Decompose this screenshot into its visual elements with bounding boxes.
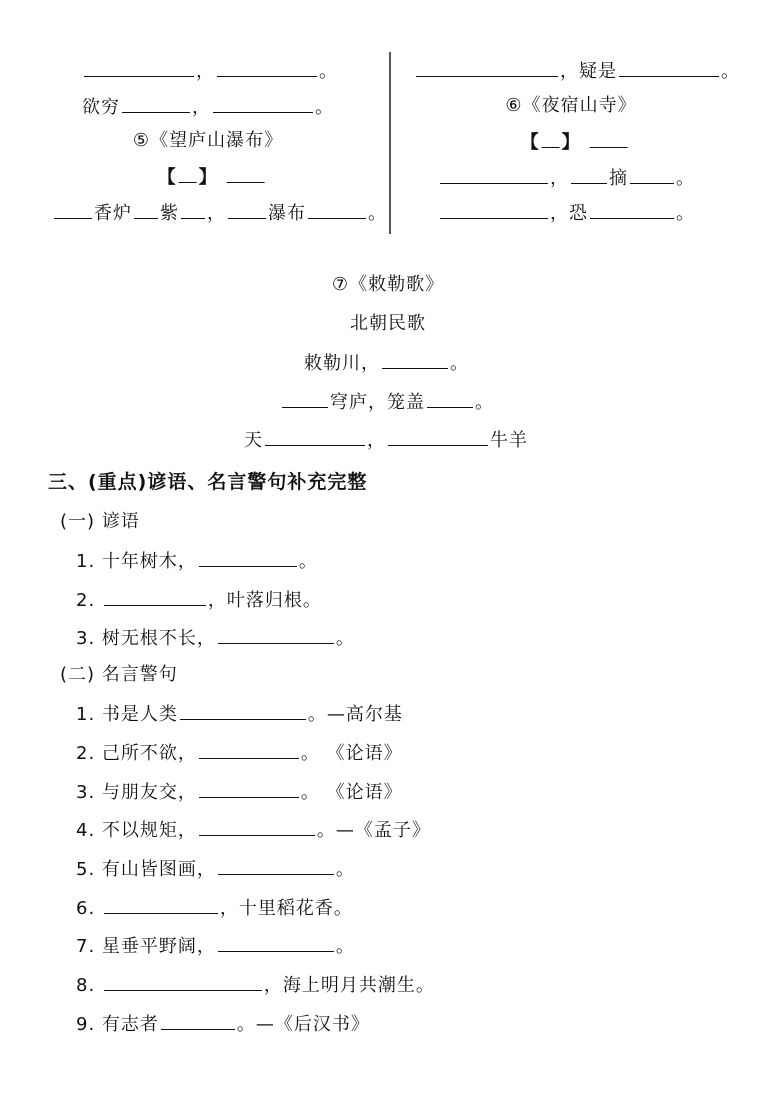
left-line-1: ，。 [82,58,338,84]
poem5-author: 【】 [158,164,267,190]
text: ，十里稻花香。 [220,898,353,919]
text: 有山皆图画， [102,859,216,880]
poem7-line-2: 穹庐，笼盖。 [280,389,494,415]
quote-item-2: 2. 己所不欲，。 《论语》 [76,740,403,766]
text: 书是人类 [102,704,178,725]
blank[interactable] [84,58,194,77]
blank[interactable] [427,389,473,408]
poem6-line-1: ，摘。 [438,165,695,191]
left-line-2: 欲穷，。 [82,94,334,120]
poem7-line-3: 天，牛羊 [244,427,528,453]
poem5-title: ⑤《望庐山瀑布》 [133,129,283,153]
item-number: 2. [76,743,95,764]
poem7-line-1: 敕勒川，。 [304,350,469,376]
blank[interactable] [199,779,299,798]
blank[interactable] [226,164,264,183]
poem7-author: 北朝民歌 [350,312,426,336]
bracket-close: 】 [199,167,218,188]
column-divider [389,52,391,234]
text: 瀑布 [268,203,306,224]
text: 。 《论语》 [301,743,403,764]
proverb-item-3: 3. 树无根不长，。 [76,625,355,651]
blank[interactable] [382,350,448,369]
punct: 。 [319,61,338,82]
blank[interactable] [104,895,218,914]
blank[interactable] [181,200,205,219]
text: ，海上明月共潮生。 [264,975,435,996]
blank[interactable] [104,972,262,991]
blank[interactable] [213,94,313,113]
item-number: 3. [76,628,95,649]
quote-item-6: 6. ，十里稻花香。 [76,895,353,921]
text: 摘 [609,168,628,189]
punct: ， [367,430,386,451]
right-line-1: ，疑是。 [414,58,740,84]
quote-item-7: 7. 星垂平野阔，。 [76,933,355,959]
item-number: 6. [76,898,95,919]
blank[interactable] [440,200,548,219]
text: 己所不欲， [102,743,197,764]
proverb-item-2: 2. ，叶落归根。 [76,587,322,613]
text: 紫 [160,203,179,224]
poem6-line-2: ，恐。 [438,200,695,226]
quote-item-4: 4. 不以规矩，。—《孟子》 [76,817,431,843]
item-number: 4. [76,820,95,841]
text: 穹庐，笼盖 [330,392,425,413]
punct: 。 [315,97,334,118]
item-number: 9. [76,1014,95,1035]
text: 欲穷 [82,97,120,118]
punct: 。 [450,353,469,374]
poem6-title: ⑥《夜宿山寺》 [505,94,636,118]
text: 香炉 [94,203,132,224]
bracket-close: 】 [562,132,581,153]
blank[interactable] [180,701,306,720]
text: 牛羊 [490,430,528,451]
text: 有志者 [102,1014,159,1035]
poem7-title: ⑦《敕勒歌》 [332,273,444,297]
item-number: 1. [76,551,95,572]
text: 不以规矩， [102,820,197,841]
punct: ， [207,203,226,224]
quote-item-1: 1. 书是人类。—高尔基 [76,701,403,727]
blank[interactable] [218,625,334,644]
blank[interactable] [590,200,674,219]
blank[interactable] [571,165,607,184]
text: 。—《后汉书》 [237,1014,370,1035]
text: ，叶落归根。 [208,590,322,611]
quote-item-8: 8. ，海上明月共潮生。 [76,972,435,998]
text: 星垂平野阔， [102,936,216,957]
text: 敕勒川， [304,353,380,374]
blank[interactable] [199,817,315,836]
item-number: 2. [76,590,95,611]
poem5-line-1: 香炉紫，瀑布。 [52,200,387,226]
text: 天 [244,430,263,451]
text: 。 [336,859,355,880]
text: 。 [336,936,355,957]
text: 十年树木， [102,551,197,572]
item-number: 7. [76,936,95,957]
blank[interactable] [630,165,674,184]
text: 。—高尔基 [308,704,403,725]
blank[interactable] [228,200,266,219]
item-number: 5. [76,859,95,880]
item-number: 1. [76,704,95,725]
text: 。 [336,628,355,649]
punct: ， [192,97,211,118]
blank[interactable] [388,427,488,446]
punct: 。 [676,203,695,224]
blank[interactable] [199,740,299,759]
text: 。 [299,551,318,572]
punct: 。 [721,61,740,82]
quote-item-9: 9. 有志者。—《后汉书》 [76,1011,370,1037]
section-heading: 三、(重点)谚语、名言警句补充完整 [48,470,367,494]
blank[interactable] [54,200,92,219]
subsection-title-quotes: (二) 名言警句 [60,663,178,687]
blank[interactable] [542,129,560,148]
text: 。—《孟子》 [317,820,431,841]
text: 。 《论语》 [301,782,403,803]
blank[interactable] [416,58,558,77]
punct: ， [550,168,569,189]
item-number: 8. [76,975,95,996]
bracket-open: 【 [521,132,540,153]
punct: ， [196,61,215,82]
blank[interactable] [282,389,328,408]
blank[interactable] [308,200,366,219]
subsection-title-proverbs: (一) 谚语 [60,510,140,534]
text: 树无根不长， [102,628,216,649]
blank[interactable] [199,548,297,567]
blank[interactable] [218,933,334,952]
item-number: 3. [76,782,95,803]
quote-item-5: 5. 有山皆图画，。 [76,856,355,882]
blank[interactable] [619,58,719,77]
blank[interactable] [134,200,158,219]
text: ，恐 [550,203,588,224]
punct: 。 [475,392,494,413]
text: ，疑是 [560,61,617,82]
blank[interactable] [265,427,365,446]
proverb-item-1: 1. 十年树木，。 [76,548,318,574]
blank[interactable] [104,587,206,606]
blank[interactable] [122,94,190,113]
text: 与朋友交， [102,782,197,803]
poem6-author: 【】 [521,129,630,155]
blank[interactable] [217,58,317,77]
blank[interactable] [440,165,548,184]
punct: 。 [368,203,387,224]
quote-item-3: 3. 与朋友交，。 《论语》 [76,779,403,805]
blank[interactable] [218,856,334,875]
blank[interactable] [161,1011,235,1030]
blank[interactable] [179,164,197,183]
bracket-open: 【 [158,167,177,188]
blank[interactable] [589,129,627,148]
punct: 。 [676,168,695,189]
